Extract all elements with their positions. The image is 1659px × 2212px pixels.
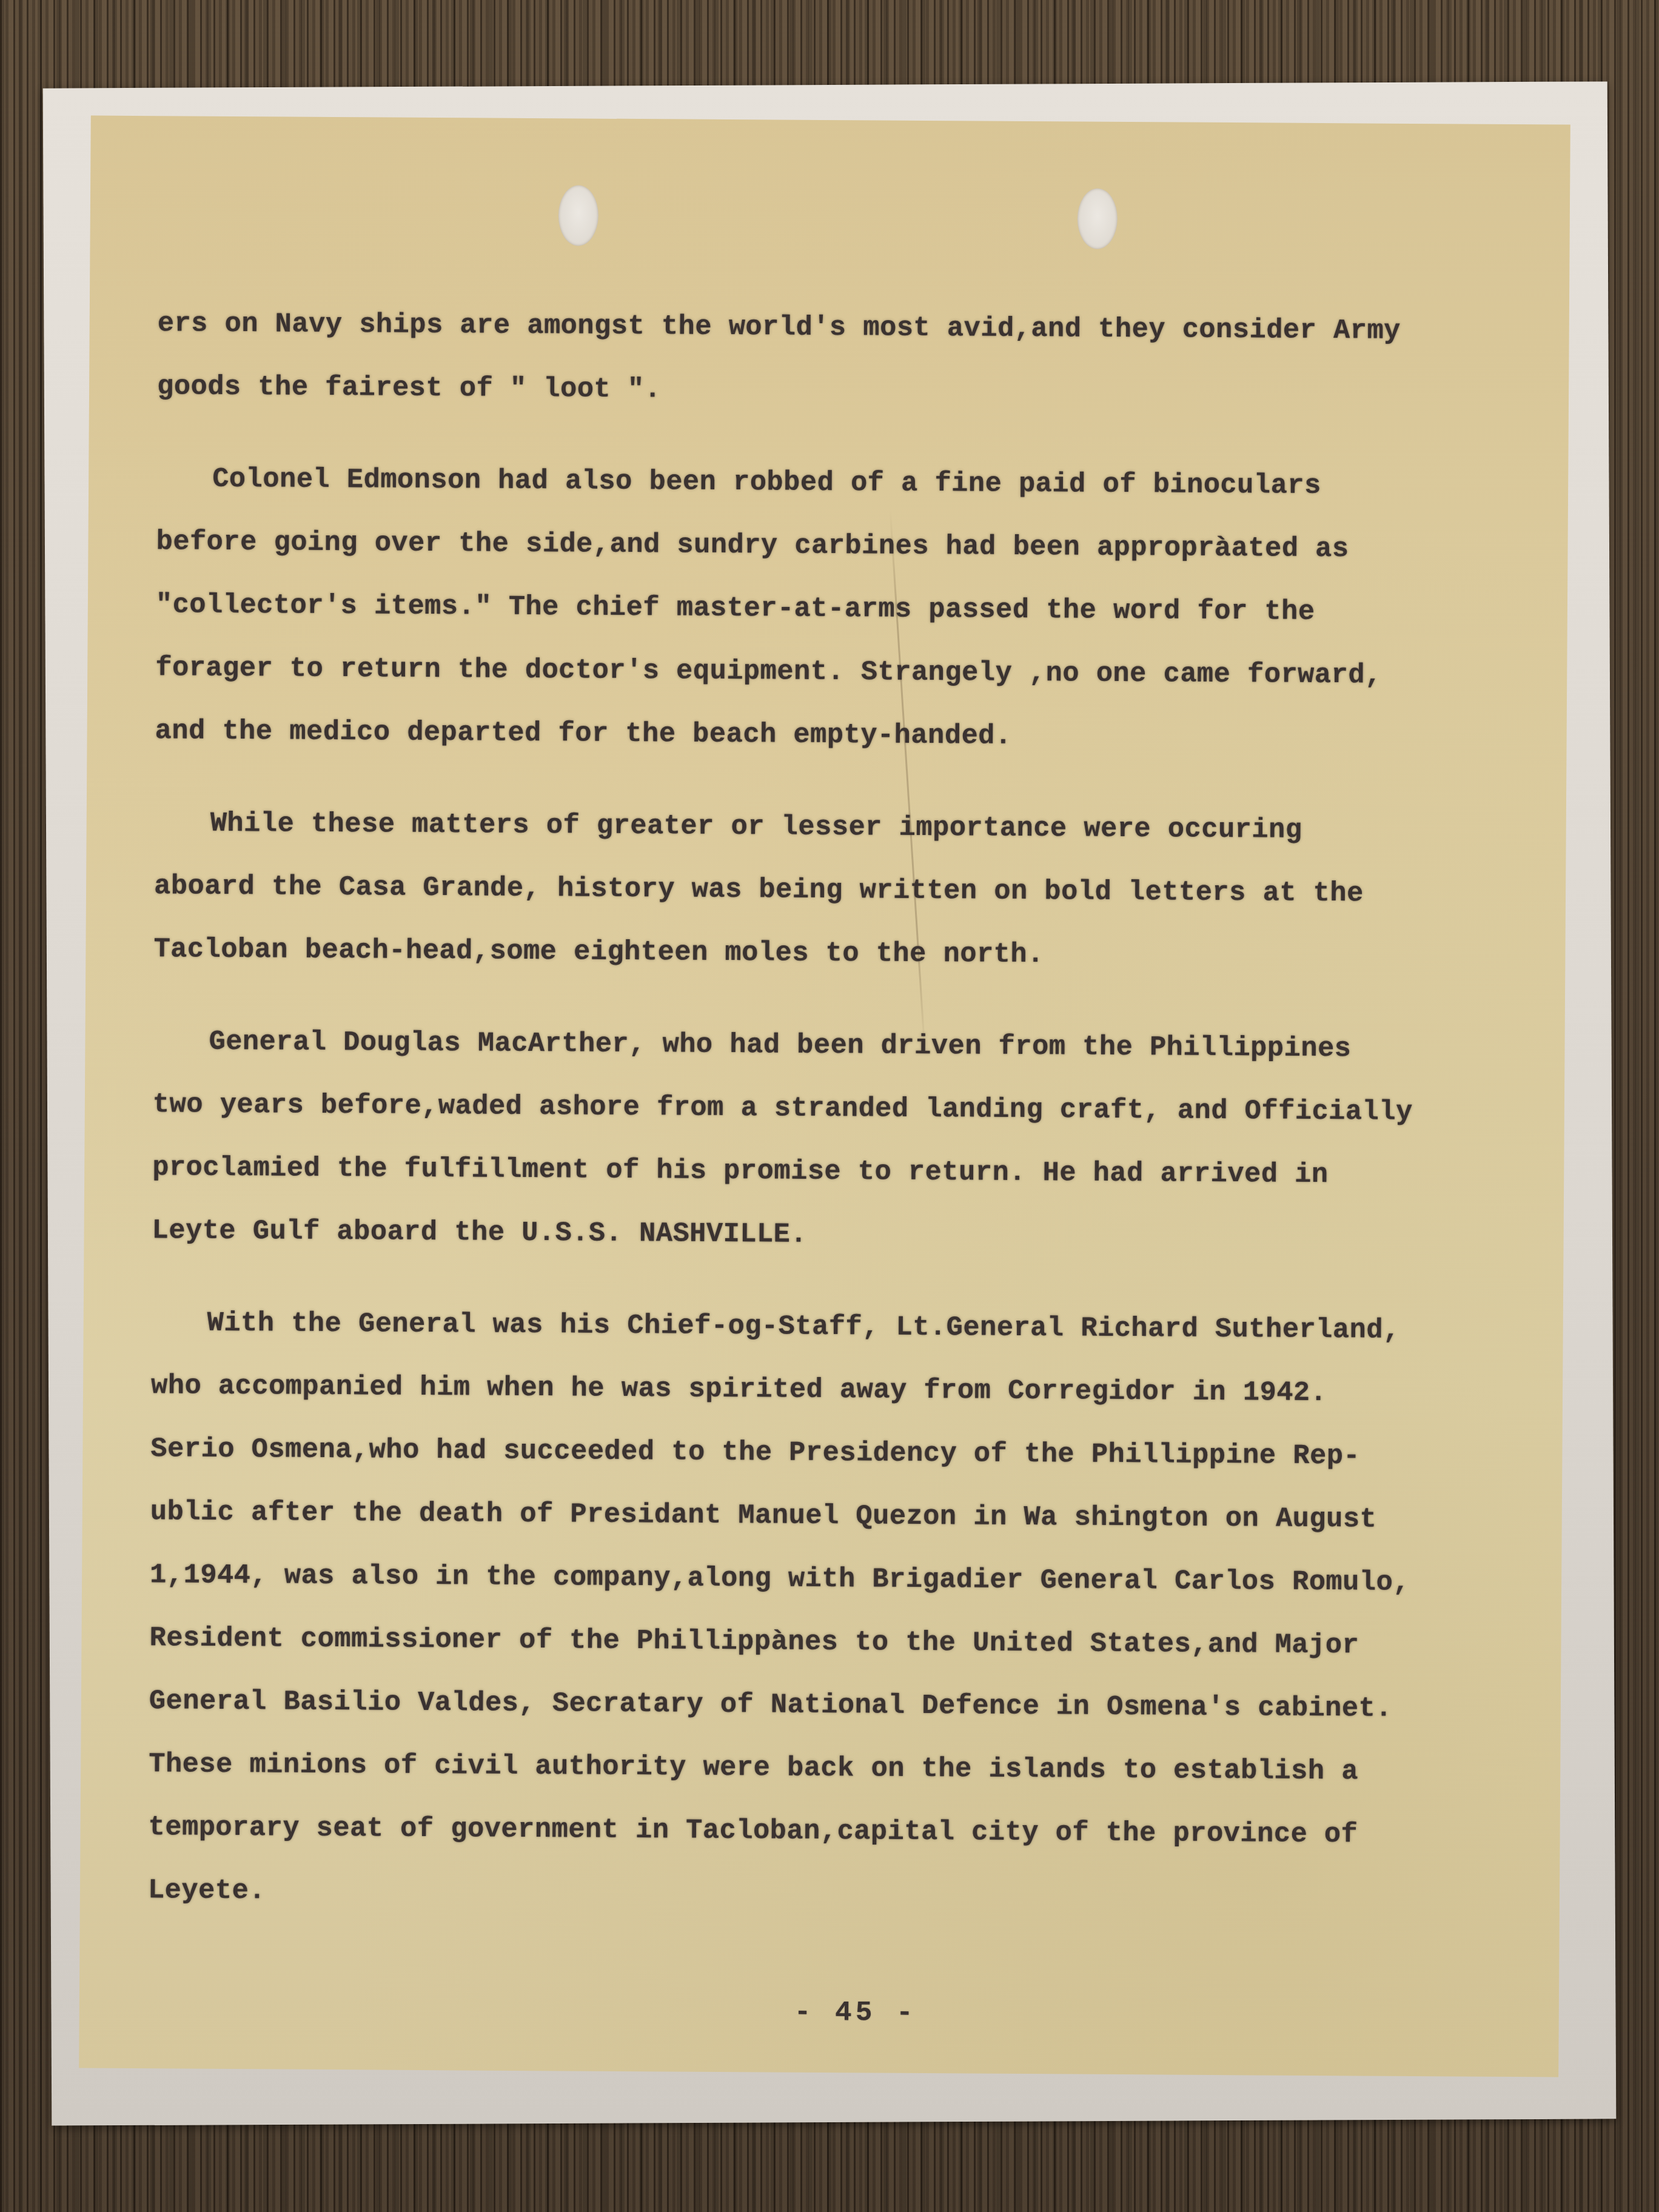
- text-line: goods the fairest of " loot ".: [157, 355, 1552, 426]
- text-line: Serio Osmena,who had succeeded to the Pr…: [150, 1417, 1546, 1489]
- paragraph: With the General was his Chief-og-Staff,…: [148, 1291, 1546, 1930]
- typewritten-page: ers on Navy ships are amongst the world'…: [79, 116, 1570, 2077]
- text-line: before going over the side,and sundry ca…: [156, 510, 1551, 581]
- text-line: and the medico departed for the beach em…: [155, 699, 1550, 771]
- text-line: Leyte Gulf aboard the U.S.S. NASHVILLE.: [152, 1199, 1547, 1270]
- text-line: With the General was his Chief-og-Staff,…: [151, 1291, 1546, 1362]
- text-line: 1,1944, was also in the company,along wi…: [150, 1543, 1545, 1615]
- punch-hole-icon: [558, 185, 599, 246]
- text-line: ers on Navy ships are amongst the world'…: [157, 292, 1552, 363]
- text-line: While these matters of greater or lesser…: [154, 791, 1549, 863]
- text-line: who accompanied him when he was spirited…: [151, 1354, 1546, 1426]
- text-line: forager to return the doctor's equipment…: [155, 636, 1550, 708]
- page-number: - 45 -: [79, 1992, 1595, 2033]
- text-line: Resident commissioner of the Phillippàne…: [149, 1606, 1544, 1678]
- text-line: "collector's items." The chief master-at…: [156, 573, 1551, 645]
- text-line: temporary seat of government in Tacloban…: [148, 1795, 1543, 1867]
- text-line: General Basilio Valdes, Secratary of Nat…: [149, 1669, 1544, 1741]
- text-line: Tacloban beach-head,some eighteen moles …: [153, 917, 1549, 989]
- paragraph: Colonel Edmonson had also been robbed of…: [155, 447, 1551, 771]
- text-line: Colonel Edmonson had also been robbed of…: [156, 447, 1552, 518]
- text-line: These minions of civil authority were ba…: [149, 1732, 1544, 1804]
- text-line: aboard the Casa Grande, history was bein…: [154, 854, 1549, 926]
- document-body: ers on Navy ships are amongst the world'…: [147, 292, 1552, 1959]
- paragraph: While these matters of greater or lesser…: [153, 791, 1549, 989]
- punch-hole-icon: [1078, 189, 1118, 249]
- text-line: General Douglas MacArther, who had been …: [153, 1010, 1548, 1081]
- text-line: Leyete.: [148, 1858, 1543, 1930]
- text-line: proclamied the fulfillment of his promis…: [152, 1136, 1547, 1207]
- text-line: two years before,waded ashore from a str…: [153, 1073, 1548, 1144]
- text-line: ublic after the death of Presidant Manue…: [150, 1480, 1545, 1552]
- paragraph: ers on Navy ships are amongst the world'…: [157, 292, 1552, 426]
- paragraph: General Douglas MacArther, who had been …: [152, 1010, 1547, 1270]
